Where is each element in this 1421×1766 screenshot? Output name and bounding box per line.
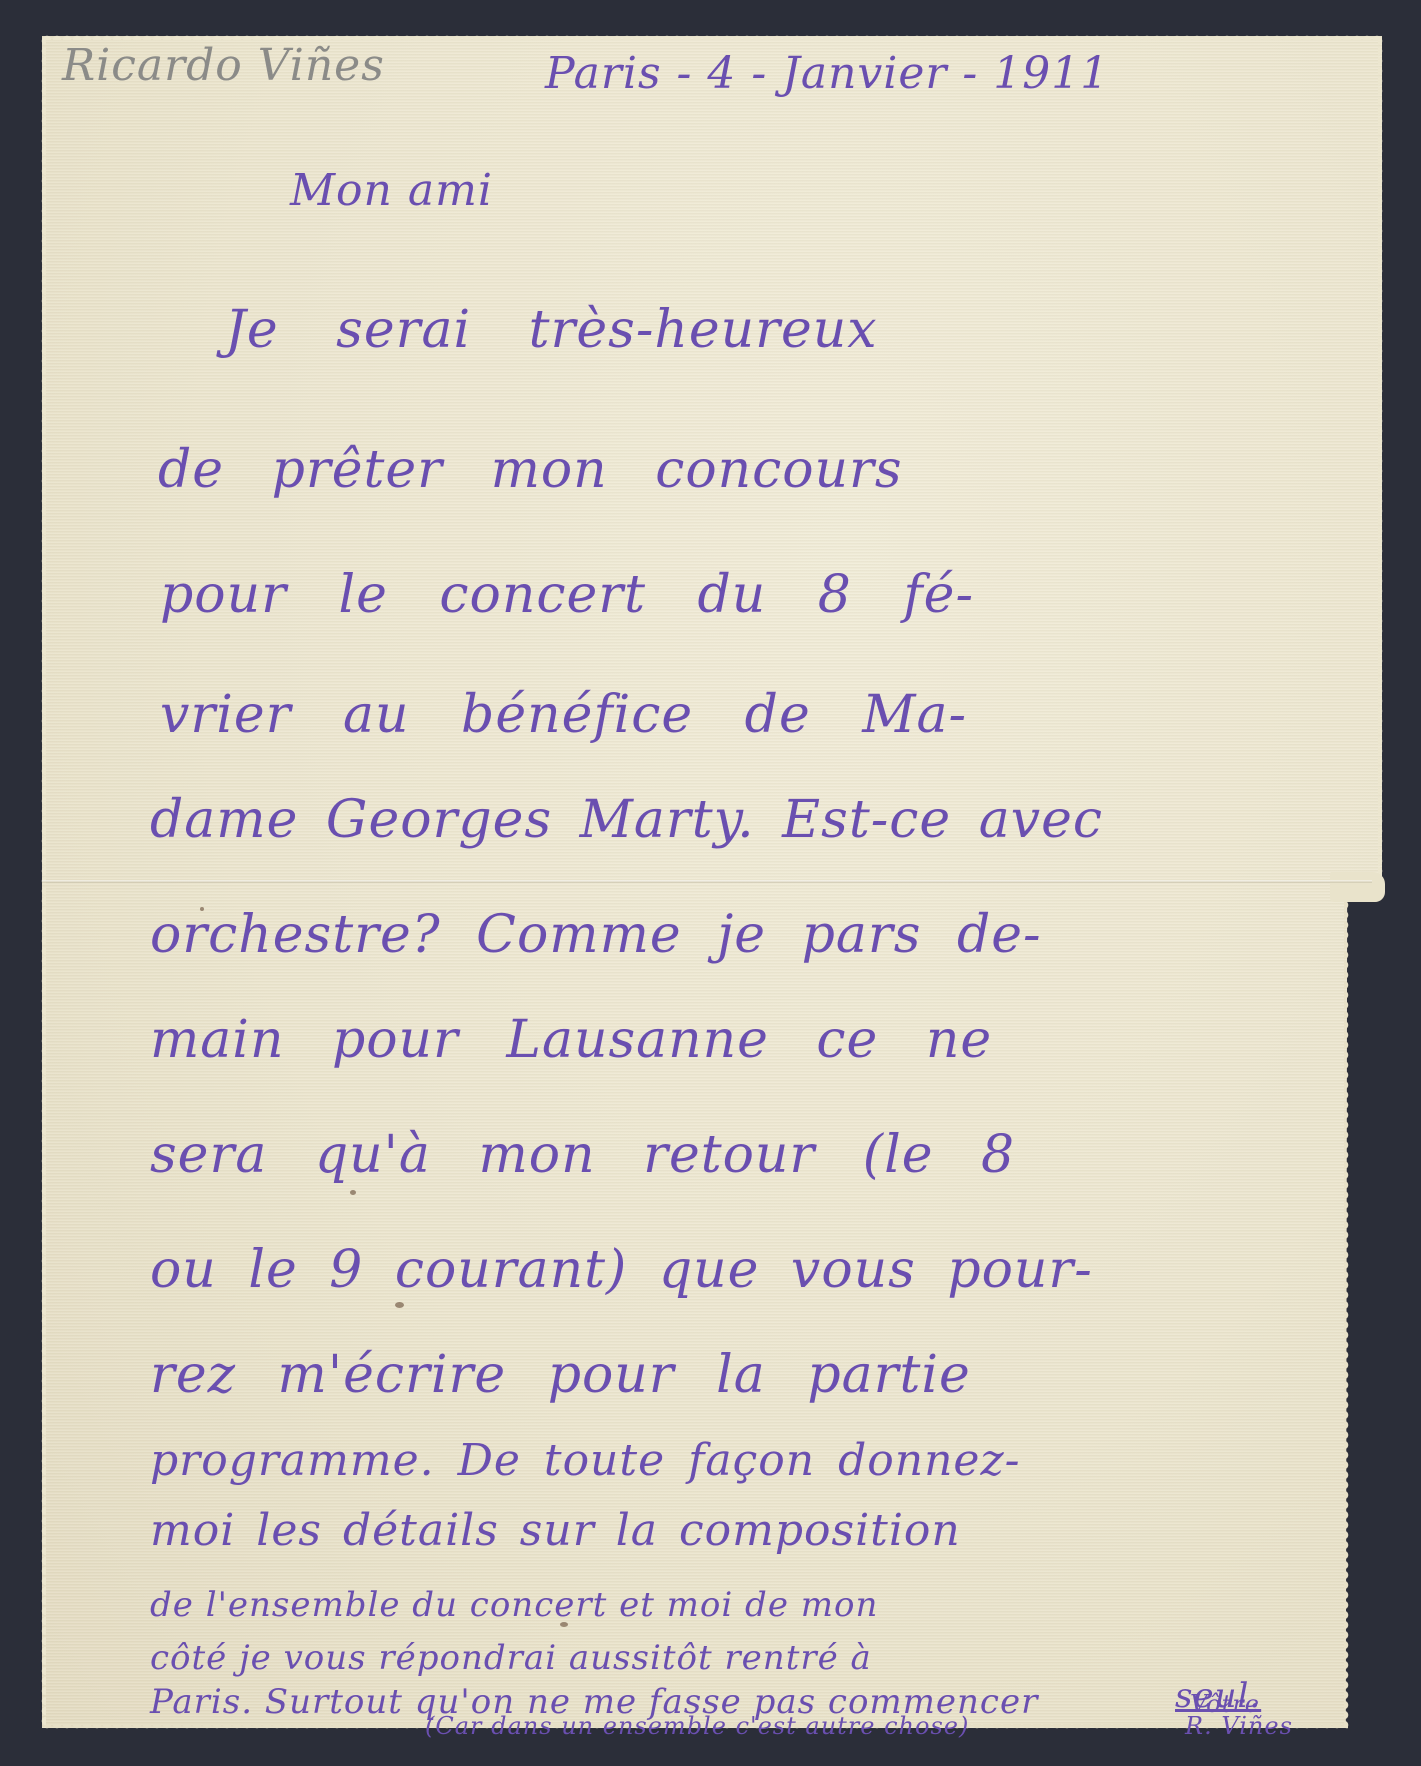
letter-line: moi les détails sur la composition xyxy=(150,1505,961,1556)
salutation: Mon ami xyxy=(290,165,493,216)
letter-line: côté je vous répondrai aussitôt rentré à xyxy=(150,1638,872,1678)
letter-line: main pour Lausanne ce ne xyxy=(150,1010,992,1070)
paper-edge-top xyxy=(42,30,1382,40)
ink-stain xyxy=(350,1190,356,1195)
letter-line: sera qu'à mon retour (le 8 xyxy=(150,1125,1015,1185)
letter-line: de l'ensemble du concert et moi de mon xyxy=(150,1585,878,1625)
paper-edge-right-bottom xyxy=(1344,900,1354,1728)
paper-edge-right-top xyxy=(1378,36,1388,886)
letter-line: Je serai très-heureux xyxy=(225,300,878,360)
paper-fold-line xyxy=(42,880,1372,883)
letter-line: vrier au bénéfice de Ma- xyxy=(160,685,967,745)
letter-line: dame Georges Marty. Est-ce avec xyxy=(150,790,1103,850)
pencil-annotation: Ricardo Viñes xyxy=(62,40,385,91)
signature: R. Viñes xyxy=(1185,1712,1293,1740)
letter-line: programme. De toute façon donnez- xyxy=(150,1435,1021,1486)
letter-line: rez m'écrire pour la partie xyxy=(150,1345,971,1405)
parenthetical-note: (Car dans un ensemble c'est autre chose) xyxy=(425,1712,969,1740)
dateline: Paris - 4 - Janvier - 1911 xyxy=(545,48,1109,99)
letter-line: de prêter mon concours xyxy=(158,440,903,500)
letter-line: ou le 9 courant) que vous pour- xyxy=(150,1240,1093,1300)
paper-tear xyxy=(1330,872,1385,902)
letter-line: pour le concert du 8 fé- xyxy=(160,565,974,625)
letter-line: orchestre? Comme je pars de- xyxy=(150,905,1042,965)
ink-stain xyxy=(395,1302,404,1308)
